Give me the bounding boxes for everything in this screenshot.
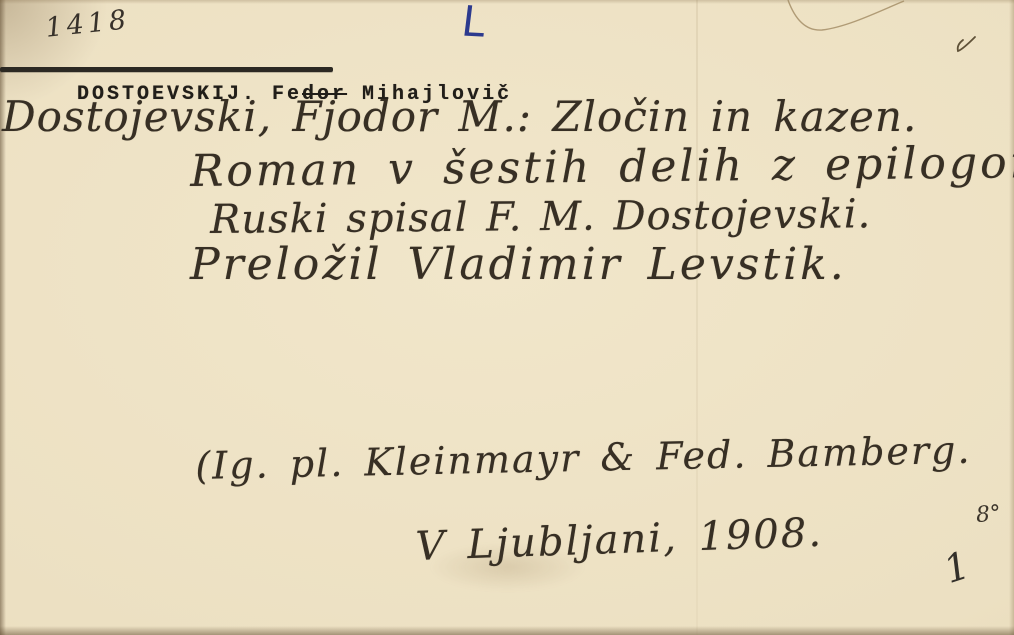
- imprint-publisher: (Ig. pl. Kleinmayr & Fed. Bamberg.: [195, 431, 972, 485]
- handwritten-subtitle-line: Roman v šestih delih z epilogom.: [190, 141, 1014, 194]
- handwritten-translator-line: Preložil Vladimir Levstik.: [190, 243, 847, 287]
- imprint-place-date: V Ljubljani, 1908.: [415, 513, 824, 567]
- classification-mark: L: [459, 0, 488, 43]
- copy-number: 1: [938, 543, 975, 592]
- crease-mark: [788, 0, 904, 30]
- format-mark: 8°: [975, 501, 1002, 528]
- catalog-card-scan: 1418 L DOSTOEVSKIJ. Fedor Mihajlovič Dos…: [0, 0, 1014, 635]
- paper-edge-shadow-right: [1009, 0, 1014, 635]
- paper-edge-shadow-top: [0, 0, 1014, 4]
- handwritten-statement-line: Ruski spisal F. M. Dostojevski.: [210, 194, 871, 240]
- pen-check-mark: [958, 37, 975, 51]
- heading-rule: [0, 67, 333, 72]
- paper-edge-shadow-bottom: [0, 626, 1014, 635]
- handwritten-author-title-line: Dostojevski, Fjodor M.: Zločin in kazen.: [2, 96, 917, 138]
- accession-number: 1418: [44, 4, 131, 44]
